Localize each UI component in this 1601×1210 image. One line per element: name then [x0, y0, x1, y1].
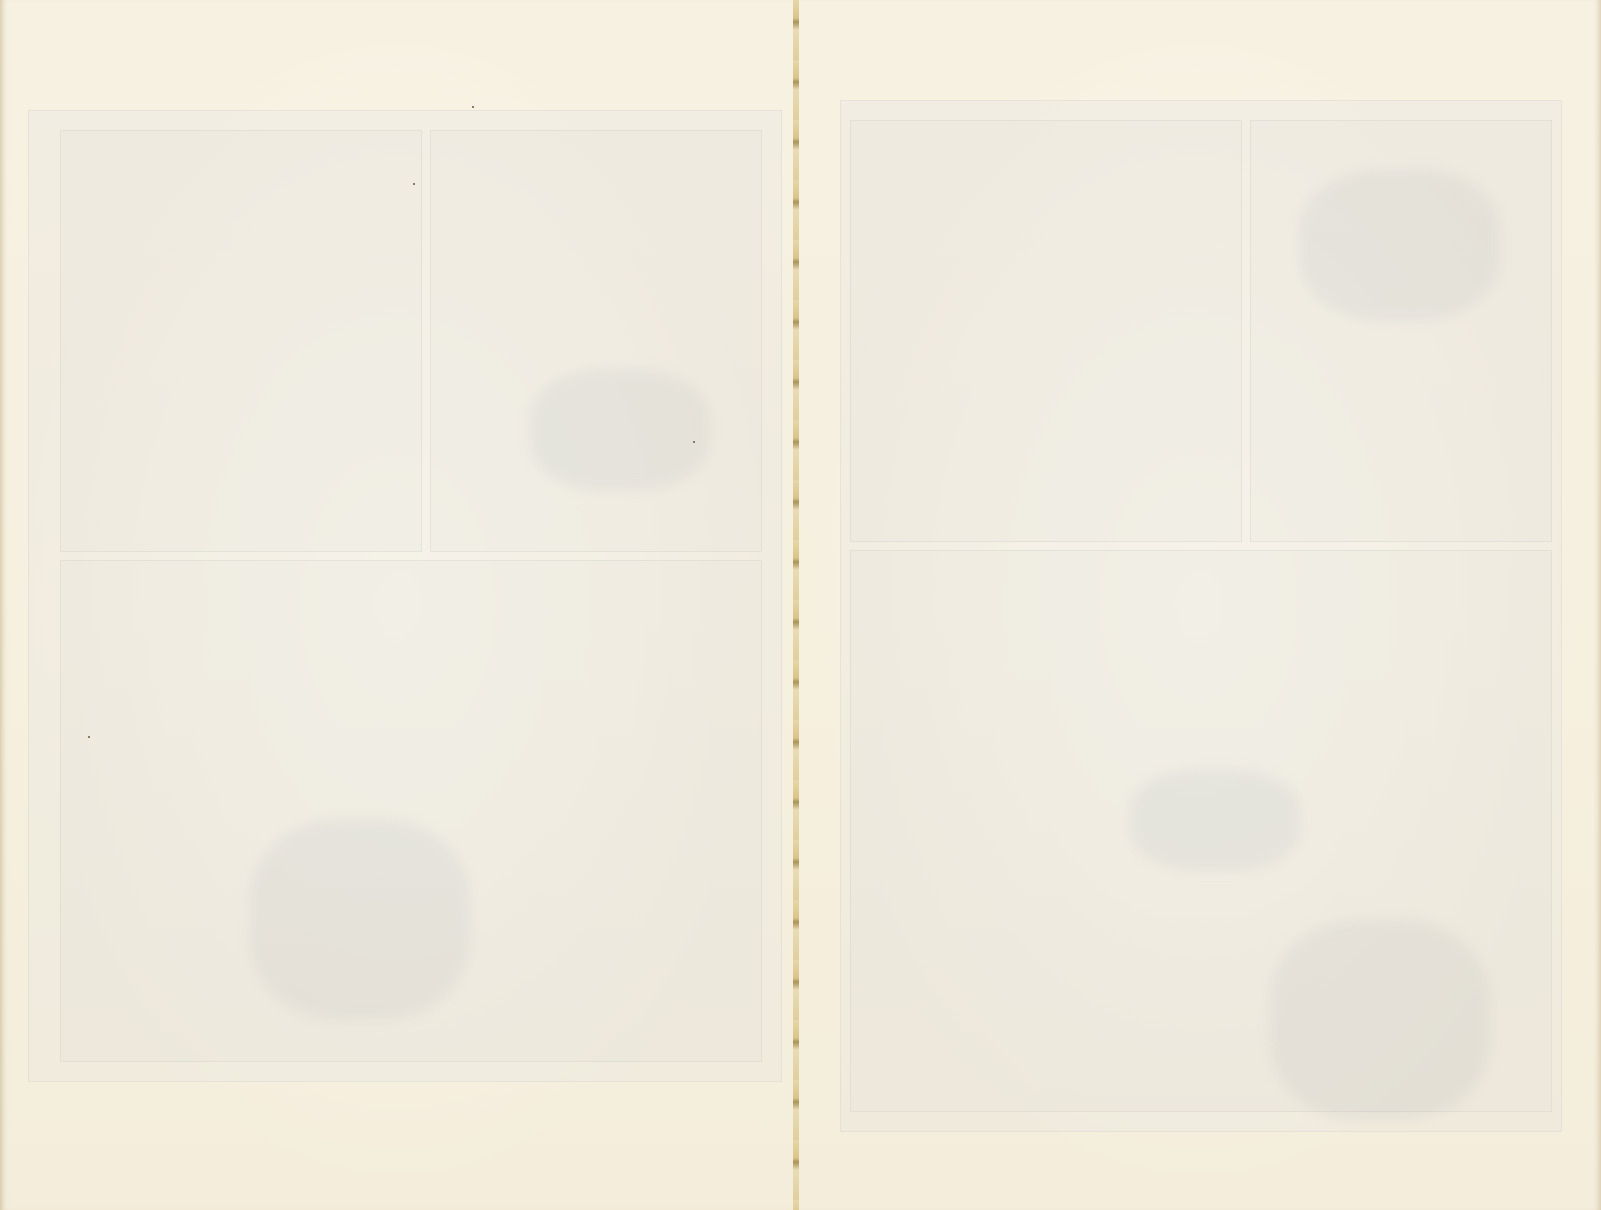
- left-showthrough-blot: [250, 820, 470, 1020]
- right-showthrough-blot: [1270, 920, 1490, 1120]
- right-showthrough-blot: [1130, 770, 1300, 870]
- right-showthrough-blot: [1300, 170, 1500, 320]
- paper-fleck: [413, 183, 415, 185]
- left-showthrough-panel: [60, 130, 422, 552]
- right-showthrough-panel: [850, 120, 1242, 542]
- book-spine: [793, 0, 799, 1210]
- book-spread: [0, 0, 1601, 1210]
- paper-fleck: [472, 106, 474, 108]
- paper-fleck: [88, 736, 90, 738]
- paper-fleck: [693, 441, 695, 443]
- left-showthrough-blot: [530, 370, 710, 490]
